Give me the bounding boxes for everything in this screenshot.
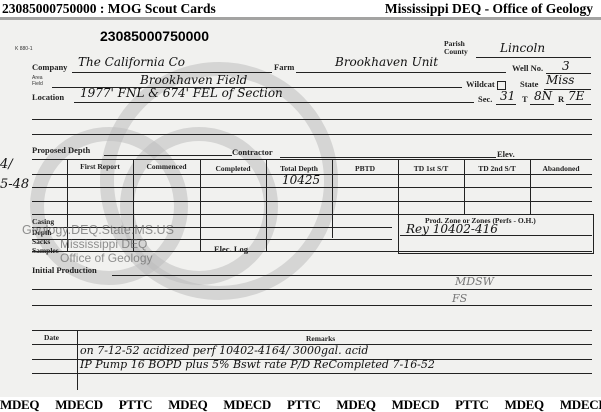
footer-item: PTTC	[455, 397, 488, 412]
footer-item: MDEQ	[168, 397, 207, 412]
location-label: Location	[32, 92, 64, 102]
location-value: 1977' FNL & 674' FEL of Section	[80, 86, 283, 100]
scout-card-image: K 880-1 23085000750000 Parish County Lin…	[0, 17, 601, 397]
margin-note: 5-48	[0, 177, 29, 192]
watermark-text: Geology.DEQ.State.MS.US	[22, 223, 174, 237]
county-value: Lincoln	[500, 41, 545, 55]
well-no-label: Well No.	[512, 63, 543, 73]
sec-label: Sec.	[478, 94, 492, 104]
watermark-text: Mississippi DEQ	[60, 237, 147, 251]
col-td-2nd: TD 2nd S/T	[464, 164, 530, 173]
farm-value: Brookhaven Unit	[335, 55, 438, 69]
agency-title: Mississippi DEQ - Office of Geology	[385, 1, 593, 17]
sec-value: 31	[500, 89, 515, 103]
footer-item: MDEQ	[0, 397, 39, 412]
col-total-depth: Total Depth	[266, 164, 332, 173]
col-completed: Completed	[200, 164, 266, 173]
proposed-depth-label: Proposed Depth	[32, 145, 90, 155]
contractor-label: Contractor	[232, 147, 273, 157]
col-abandoned: Abandoned	[530, 164, 592, 173]
wildcat-label: Wildcat	[466, 79, 508, 90]
form-number: K 880-1	[15, 46, 33, 52]
elev-label: Elev.	[497, 149, 515, 159]
document-title: 23085000750000 : MOG Scout Cards	[2, 1, 216, 17]
t-value: 8N	[534, 89, 552, 103]
footer-item: MDECD	[392, 397, 440, 412]
stamp-note: MDSW	[455, 275, 494, 288]
col-pbtd: PBTD	[332, 164, 398, 173]
field-label: Field	[32, 81, 43, 87]
well-no-value: 3	[562, 59, 570, 73]
footer-item: MDEQ	[336, 397, 375, 412]
footer-item: MDECD	[223, 397, 271, 412]
elec-log-label: Elec. Log	[214, 244, 248, 254]
r-label: R	[558, 94, 564, 104]
initial-production-label: Initial Production	[32, 265, 97, 275]
company-label: Company	[32, 62, 67, 72]
field-value: Brookhaven Field	[140, 73, 247, 87]
footer-item: MDECD	[55, 397, 103, 412]
sacks-label: Sacks	[32, 237, 50, 246]
margin-note: 4/	[0, 157, 13, 172]
footer-item: MDECD	[560, 397, 601, 412]
footer-item: PTTC	[119, 397, 152, 412]
farm-label: Farm	[274, 62, 294, 72]
remark-line: on 7-12-52 acidized perf 10402-4164/ 300…	[80, 344, 368, 357]
remark-line: IP Pump 16 BOPD plus 5% Bswt rate P/D Re…	[80, 358, 435, 371]
stamp-note: FS	[452, 292, 467, 305]
t-label: T	[522, 94, 528, 104]
api-number: 23085000750000	[100, 28, 209, 44]
state-value: Miss	[546, 73, 574, 87]
footer-item: PTTC	[287, 397, 320, 412]
watermark-text: Office of Geology	[60, 251, 153, 265]
county-label: County	[444, 47, 468, 56]
company-value: The California Co	[78, 55, 185, 69]
remarks-header: Remarks	[306, 334, 335, 343]
footer-item: MDEQ	[505, 397, 544, 412]
col-td-1st: TD 1st S/T	[398, 164, 464, 173]
date-header: Date	[44, 333, 59, 342]
samples-label: Samples	[32, 246, 59, 255]
total-depth-value: 10425	[282, 173, 320, 187]
prod-zone-value: Rey 10402-416	[406, 222, 498, 236]
col-first-report: First Report	[67, 162, 133, 171]
state-label: State	[520, 79, 538, 89]
footer-sponsors: MDEQ MDECD PTTC MDEQ MDECD PTTC MDEQ MDE…	[0, 397, 601, 412]
r-value: 7E	[568, 89, 584, 103]
col-commenced: Commenced	[133, 162, 200, 171]
